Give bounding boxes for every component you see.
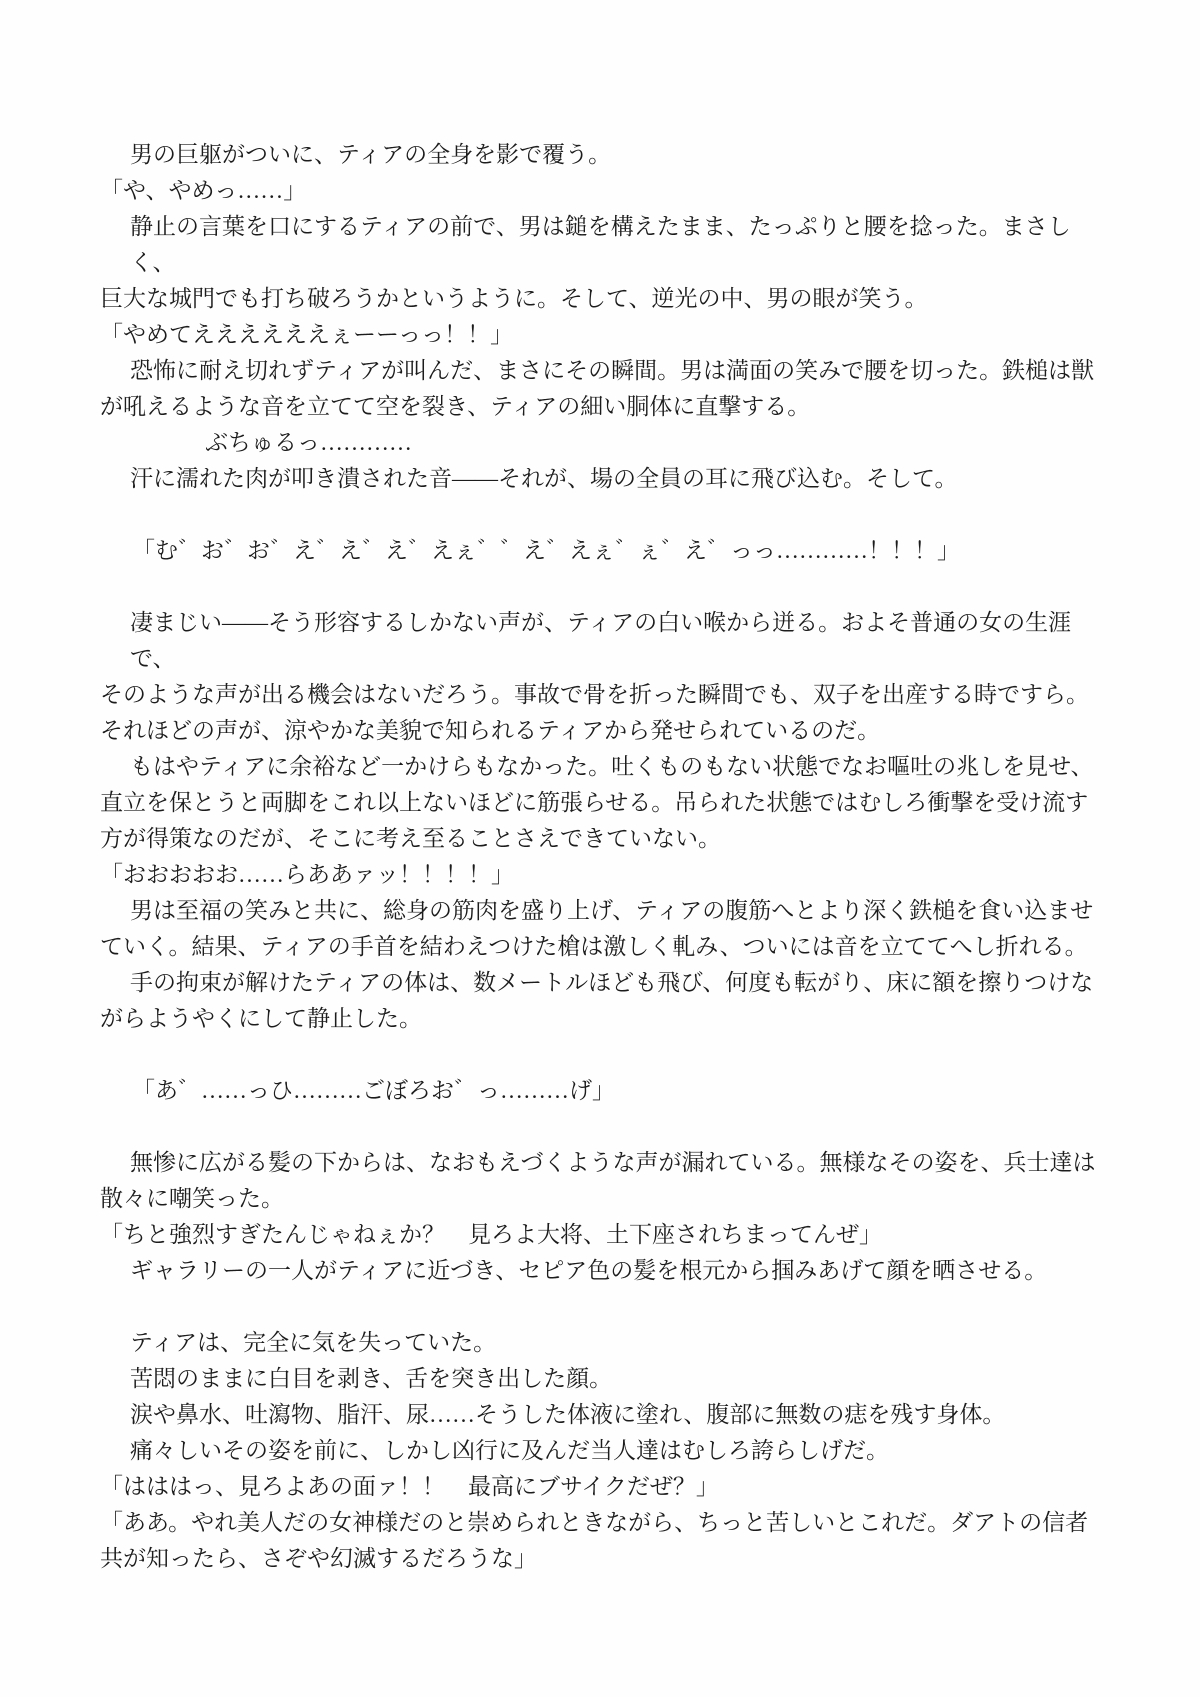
text-line: 恐怖に耐え切れずティアが叫んだ、まさにその瞬間。男は満面の笑みで腰を切った。鉄槌… [100,353,1105,389]
blank-line [100,569,1105,605]
text-line: 男は至福の笑みと共に、総身の筋肉を盛り上げ、ティアの腹筋へとより深く鉄槌を食い込… [100,893,1105,929]
text-line: 直立を保とうと両脚をこれ以上ないほどに筋張らせる。吊られた状態ではむしろ衝撃を受… [100,785,1105,821]
blank-line [100,497,1105,533]
text-line: がらようやくにして静止した。 [100,1001,1105,1037]
text-line: ティアは、完全に気を失っていた。 [100,1325,1105,1361]
text-line: 「はははっ、見ろよあの面ァ！！ 最高にブサイクだぜ？」 [100,1469,1105,1505]
text-line: 散々に嘲笑った。 [100,1181,1105,1217]
text-line: 男の巨躯がついに、ティアの全身を影で覆う。 [100,137,1105,173]
text-line: 「おおおおお……らああァッ！！！！」 [100,857,1105,893]
text-line: 方が得策なのだが、そこに考え至ることさえできていない。 [100,821,1105,857]
text-line: が吼えるような音を立てて空を裂き、ティアの細い胴体に直撃する。 [100,389,1105,425]
text-line: 巨大な城門でも打ち破ろうかというように。そして、逆光の中、男の眼が笑う。 [100,281,1105,317]
text-line: 「ちと強烈すぎたんじゃねぇか？ 見ろよ大将、土下座されちまってんぜ」 [100,1217,1105,1253]
text-line: ていく。結果、ティアの手首を結わえつけた槍は激しく軋み、ついには音を立ててへし折… [100,929,1105,965]
text-line: 共が知ったら、さぞや幻滅するだろうな」 [100,1541,1105,1577]
text-line: 無惨に広がる髪の下からは、なおもえづくような声が漏れている。無様なその姿を、兵士… [100,1145,1105,1181]
text-line: 凄まじい——そう形容するしかない声が、ティアの白い喉から迸る。およそ普通の女の生… [100,605,1105,677]
text-line: そのような声が出る機会はないだろう。事故で骨を折った瞬間でも、双子を出産する時で… [100,677,1105,713]
text-line: 痛々しいその姿を前に、しかし凶行に及んだ当人達はむしろ誇らしげだ。 [100,1433,1105,1469]
document-page: 男の巨躯がついに、ティアの全身を影で覆う。「や、やめっ……」静止の言葉を口にする… [0,0,1200,1697]
text-line: ぶちゅるっ………… [100,425,1105,461]
text-block: 男の巨躯がついに、ティアの全身を影で覆う。「や、やめっ……」静止の言葉を口にする… [100,137,1105,1577]
text-line: それほどの声が、涼やかな美貌で知られるティアから発せられているのだ。 [100,713,1105,749]
text-line: 「ああ。やれ美人だの女神様だのと崇められときながら、ちっと苦しいとこれだ。ダアト… [100,1505,1105,1541]
text-line: 汗に濡れた肉が叩き潰された音——それが、場の全員の耳に飛び込む。そして。 [100,461,1105,497]
text-line: 「あ゛……っひ………ごぼろお゛っ………げ」 [100,1073,1105,1109]
text-line: ギャラリーの一人がティアに近づき、セピア色の髪を根元から掴みあげて顔を晒させる。 [100,1253,1105,1289]
text-line: 「やめてええええええぇーーっっ！！」 [100,317,1105,353]
text-line: 静止の言葉を口にするティアの前で、男は鎚を構えたまま、たっぷりと腰を捻った。まさ… [100,209,1105,281]
text-line: 苦悶のままに白目を剥き、舌を突き出した顔。 [100,1361,1105,1397]
text-line: 手の拘束が解けたティアの体は、数メートルほども飛び、何度も転がり、床に額を擦りつ… [100,965,1105,1001]
text-line: 「む゛お゛お゛え゛え゛え゛えぇ゛゛え゛えぇ゛ぇ゛え゛っっ…………！！！」 [100,533,1105,569]
text-line: 「や、やめっ……」 [100,173,1105,209]
blank-line [100,1037,1105,1073]
text-line: もはやティアに余裕など一かけらもなかった。吐くものもない状態でなお嘔吐の兆しを見… [100,749,1105,785]
text-line: 涙や鼻水、吐瀉物、脂汗、尿……そうした体液に塗れ、腹部に無数の痣を残す身体。 [100,1397,1105,1433]
blank-line [100,1289,1105,1325]
blank-line [100,1109,1105,1145]
